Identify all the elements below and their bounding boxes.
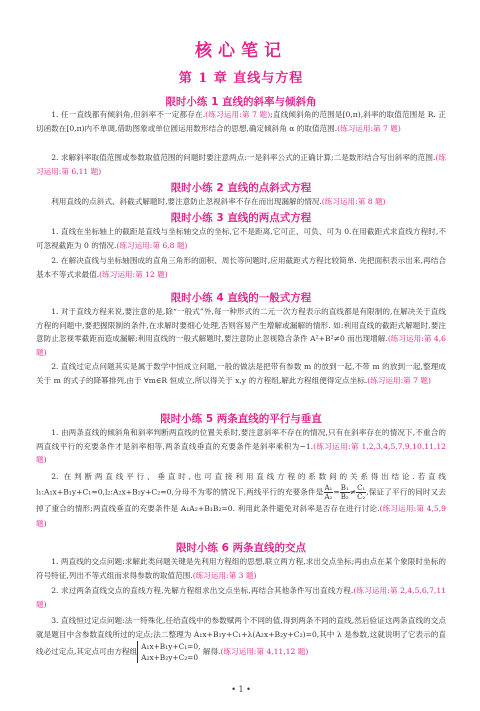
paragraph: 2. 直线过定点问题其实是属于数学中恒成立问题,一般的做法是把带有参数 m 的放… [36, 360, 446, 387]
exercise-reference: (练习运用:第 4,11,12 题) [220, 647, 308, 656]
exercise-reference: (练习运用:第 8 题) [322, 197, 386, 206]
chapter-title: 第 1 章 直线与方程 [36, 67, 446, 86]
exercise-reference: (练习运用:第 3 题) [193, 571, 257, 580]
section-heading: 限时小练 5 两条直线的平行与垂直 [36, 411, 446, 426]
section-heading: 限时小练 1 直线的斜率与倾斜角 [36, 94, 446, 109]
paragraph: 3. 直线恒过定点问题:法一特殊化,任给直线中的参数赋两个不同的值,得到两条不同… [36, 614, 446, 663]
fraction: A₁A₂ [324, 484, 334, 501]
exercise-reference: (练习运用:第 7 题) [337, 124, 401, 133]
paragraph: 2. 在解决直线与坐标轴围成的直角三角形的面积、周长等问题时,应用截距式方程比较… [36, 254, 446, 281]
section-heading: 限时小练 3 直线的两点式方程 [36, 210, 446, 225]
page-title: 核心笔记 [36, 36, 446, 61]
paragraph: 2. 求解斜率取值范围或参数取值范围的问题时要注意两点:一是斜率公式的正确计算;… [36, 151, 446, 178]
exercise-reference: (练习运用:第 12 题) [99, 270, 168, 279]
paragraph: 利用直线的点斜式、斜截式解题时,要注意防止忽视斜率不存在而出现漏解的情况.(练习… [36, 195, 446, 209]
fraction: B₁B₂ [340, 484, 350, 501]
paragraph: 1. 任一直线都有倾斜角,但斜率不一定都存在.(练习运用:第 7 题);直线倾斜… [36, 108, 446, 135]
paragraph: 2. 求过两条直线交点的直线方程,先解方程组求出交点坐标,再结合其他条件写出直线… [36, 584, 446, 611]
equation-system: A₁x+B₁y+C₁=0,A₂x+B₂y+C₂=0 [137, 641, 200, 663]
paragraph: 1. 两直线的交点问题:求解此类问题关键是先利用方程组的思想,联立两方程,求出交… [36, 555, 446, 582]
exercise-reference: (练习运用:第 7 题) [367, 376, 431, 385]
section-heading: 限时小练 4 直线的一般式方程 [36, 290, 446, 305]
paragraph: 1. 由两条直线的倾斜角和斜率判断两直线的位置关系时,要注意斜率不存在的情况,只… [36, 426, 446, 467]
section-heading: 限时小练 2 直线的点斜式方程 [36, 180, 446, 195]
paragraph: 2. 在判断两直线平行、垂直时,也可直接利用直线方程的系数间的关系得出结论.若直… [36, 469, 446, 531]
paragraph: 1. 对于直线方程来说,要注意的是,除“一般式”外,每一种形式的二元一次方程表示… [36, 305, 446, 359]
page-number: • 1 • [36, 685, 446, 694]
fraction: C₁C₂ [356, 484, 366, 501]
paragraph: 1. 直线在坐标轴上的截距是直线与坐标轴交点的坐标,它不是距离,它可正、可负、可… [36, 225, 446, 252]
exercise-reference: (练习运用:第 6,8 题) [116, 241, 187, 250]
exercise-reference: (练习运用:第 7 题) [205, 110, 270, 119]
section-heading: 限时小练 6 两条直线的交点 [36, 540, 446, 555]
